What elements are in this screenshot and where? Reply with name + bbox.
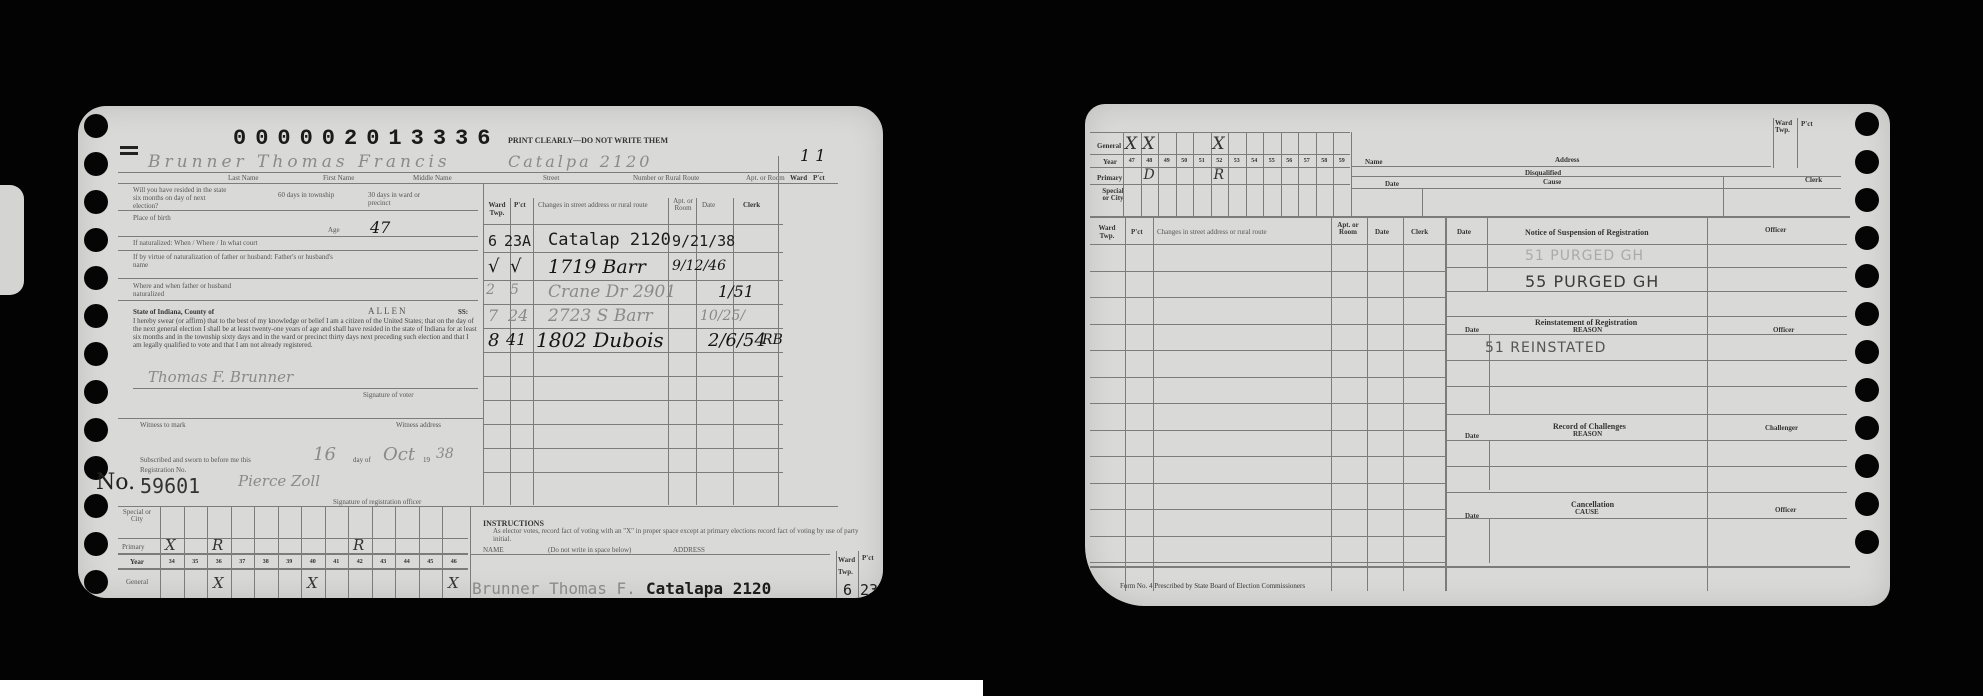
label-number: Number or Rural Route: [633, 174, 699, 182]
primary-vote-mark: X: [165, 536, 176, 554]
table-row-line: [1090, 297, 1446, 298]
col-date: Date: [702, 201, 715, 209]
back-grid-label-year: Year: [1103, 158, 1117, 166]
form-footer: Form No. 4 Prescribed by State Board of …: [1120, 582, 1305, 590]
back-ward-label: Ward Twp.: [1775, 120, 1797, 134]
reinstatement-officer-label: Officer: [1773, 326, 1794, 334]
voter-street: Catalpa 2120: [508, 152, 652, 171]
back-col-clerk: Clerk: [1411, 228, 1428, 236]
year-cell: 36: [207, 559, 231, 565]
punch-hole: [1855, 454, 1879, 478]
year-prefix: 19: [423, 456, 430, 464]
punch-hole: [84, 304, 108, 328]
year-cell: 55: [1263, 158, 1281, 164]
ward-box: 1 1: [800, 146, 825, 165]
row5-ward: 8: [488, 330, 499, 351]
grid-label-general: General: [126, 578, 148, 586]
age-value: 47: [370, 218, 390, 237]
question-naturalized: If naturalized: When / Where / In what c…: [133, 239, 258, 247]
punch-hole: [84, 190, 108, 214]
oath-text: I hereby swear (or affirm) that to the b…: [133, 317, 478, 349]
question-age: Age: [328, 226, 340, 234]
row5-pct: 41: [506, 330, 526, 349]
year-cell: 41: [325, 559, 349, 565]
challenges-challenger-label: Challenger: [1765, 424, 1798, 432]
year-cell: 56: [1281, 158, 1299, 164]
punch-hole: [84, 228, 108, 252]
punch-hole: [84, 266, 108, 290]
punch-hole: [84, 494, 108, 518]
label-middle-name: Middle Name: [413, 174, 452, 182]
punch-hole: [84, 380, 108, 404]
label-last-name: Last Name: [228, 174, 259, 182]
back-date-label: Date: [1385, 180, 1399, 188]
stub-no-write: (Do not write in space below): [548, 546, 631, 554]
col-address: Changes in street address or rural route: [538, 201, 648, 209]
oath-ss: SS:: [458, 308, 468, 316]
punch-hole: [84, 114, 108, 138]
back-col-pct: P'ct: [1131, 228, 1143, 236]
subscribed-month: Oct: [383, 444, 415, 465]
table-row-line: [1090, 483, 1446, 484]
year-cell: 46: [442, 559, 466, 565]
stub-ward: 6: [843, 581, 852, 598]
table-row-line: [1090, 350, 1446, 351]
voter-signature: Thomas F. Brunner: [148, 368, 293, 386]
general-vote-mark: X: [448, 574, 459, 592]
table-row-line: [1090, 377, 1446, 378]
row2-address: 1719 Barr: [548, 256, 646, 278]
back-address-label: Address: [1555, 156, 1579, 164]
year-cell: 34: [160, 559, 184, 565]
year-cell: 45: [419, 559, 443, 565]
punch-hole: [84, 152, 108, 176]
table-row-line: [1090, 430, 1446, 431]
punch-hole: [1855, 150, 1879, 174]
year-cell: 59: [1333, 158, 1351, 164]
year-cell: 54: [1246, 158, 1264, 164]
cancellation-officer-label: Officer: [1775, 506, 1796, 514]
punch-hole: [1855, 492, 1879, 516]
name-marker: [120, 146, 138, 149]
col-ward: Ward Twp.: [486, 201, 508, 217]
primary-vote-mark: R: [353, 536, 364, 554]
question-resided: Will you have resided in the state six m…: [133, 186, 228, 210]
subscribed-year: 38: [436, 446, 454, 462]
oath-state-line: State of Indiana, County of: [133, 308, 214, 316]
general-vote-mark: X: [307, 574, 318, 592]
row5-clerk: RB: [762, 332, 783, 348]
row3-pct: 5: [510, 282, 519, 298]
year-cell: 53: [1228, 158, 1246, 164]
back-grid-label-primary: Primary: [1097, 174, 1122, 182]
question-township: 60 days in township: [278, 191, 338, 199]
grid-label-year: Year: [130, 558, 144, 566]
question-birthplace: Place of birth: [133, 214, 171, 222]
grid-label-primary: Primary: [122, 543, 145, 551]
year-cell: 58: [1316, 158, 1334, 164]
year-cell: 43: [372, 559, 396, 565]
year-cell: 44: [395, 559, 419, 565]
table-row-line: [1090, 562, 1446, 563]
row1-ward: 6: [488, 232, 497, 250]
reinstatement-entry: 51 REINSTATED: [1485, 340, 1606, 356]
grid-label-special: Special or City: [122, 509, 152, 523]
punch-hole: [84, 342, 108, 366]
year-cell: 47: [1123, 158, 1141, 164]
primary-vote-mark: R: [1214, 167, 1225, 183]
question-marriage: If by virtue of naturalization of father…: [133, 253, 333, 269]
table-row-line: [1090, 536, 1446, 537]
year-cell: 48: [1141, 158, 1159, 164]
day-of-label: day of: [353, 456, 371, 464]
row1-pct: 23A: [504, 232, 531, 250]
label-street: Street: [543, 174, 559, 182]
year-cell: 37: [231, 559, 255, 565]
stub-name: Brunner Thomas F.: [472, 579, 636, 598]
col-clerk: Clerk: [743, 201, 760, 209]
punch-hole: [1855, 188, 1879, 212]
stub-address-label: ADDRESS: [673, 546, 705, 554]
primary-vote-mark: D: [1144, 167, 1155, 183]
year-cell: 49: [1158, 158, 1176, 164]
oath-county: ALLEN: [368, 306, 408, 316]
back-col-ward: Ward Twp.: [1093, 224, 1121, 240]
challenges-date-label: Date: [1465, 432, 1479, 440]
registration-no-label: Registration No.: [140, 466, 186, 474]
subscribed-day: 16: [313, 444, 336, 465]
suspension-officer-label: Officer: [1765, 226, 1786, 234]
subscribed-label: Subscribed and sworn to before me this: [140, 456, 251, 464]
witness-address-label: Witness address: [396, 421, 441, 429]
year-cell: 52: [1211, 158, 1229, 164]
row2-pct: √: [510, 256, 521, 277]
challenges-reason-label: REASON: [1573, 430, 1602, 438]
stub-pct: 23A: [860, 581, 883, 598]
table-row-line: [1090, 244, 1446, 245]
row3-address: Crane Dr 2901: [548, 282, 676, 302]
back-col-apt: Apt. or Room: [1333, 222, 1363, 236]
year-cell: 42: [348, 559, 372, 565]
stub-address: Catalapa 2120: [646, 579, 771, 598]
punch-hole: [1855, 378, 1879, 402]
back-col-date: Date: [1375, 228, 1389, 236]
label-pct: P'ct: [813, 174, 825, 182]
year-cell: 50: [1176, 158, 1194, 164]
instructions-text: As elector votes, record fact of voting …: [493, 527, 873, 543]
stub-ward-label: Ward Twp.: [838, 554, 858, 578]
question-where-when: Where and when father or husband natural…: [133, 282, 253, 298]
row4-date: 10/25/: [700, 308, 745, 324]
punch-hole: [1855, 302, 1879, 326]
col-pct: P'ct: [514, 201, 526, 209]
punch-hole: [1855, 416, 1879, 440]
stub-pct-label: P'ct: [862, 554, 874, 562]
row2-date: 9/12/46: [672, 258, 726, 274]
year-cell: 38: [254, 559, 278, 565]
back-cause-label: Cause: [1543, 178, 1561, 186]
primary-vote-mark: R: [212, 536, 223, 554]
officer-signature-label: Signature of registration officer: [333, 498, 421, 506]
back-grid-label-general: General: [1097, 142, 1121, 150]
punch-hole: [84, 570, 108, 594]
year-cell: 35: [184, 559, 208, 565]
reinstatement-reason-label: REASON: [1573, 326, 1602, 334]
row2-ward: √: [488, 256, 499, 277]
general-vote-mark: X: [213, 574, 224, 592]
officer-signature: Pierce Zoll: [238, 472, 320, 490]
voter-name: Brunner Thomas Francis: [148, 152, 451, 172]
stub-name-label: NAME: [483, 546, 504, 554]
general-vote-mark: X: [1213, 134, 1225, 154]
back-clerk-label: Clerk: [1805, 176, 1822, 184]
row3-ward: 2: [486, 282, 495, 298]
row5-date: 2/6/54: [708, 330, 766, 351]
punch-hole: [1855, 264, 1879, 288]
question-ward: 30 days in ward or precinct: [368, 191, 428, 207]
cancellation-cause-label: CAUSE: [1575, 508, 1599, 516]
back-name-label: Name: [1365, 158, 1383, 166]
row4-ward: 7: [488, 306, 498, 325]
punch-hole: [1855, 112, 1879, 136]
table-row-line: [1090, 271, 1446, 272]
card-edge-tab: [0, 185, 24, 295]
suspension-date-label: Date: [1457, 228, 1471, 236]
label-first-name: First Name: [323, 174, 354, 182]
row4-pct: 24: [508, 306, 528, 325]
general-vote-mark: X: [1143, 134, 1155, 154]
table-row-line: [1090, 324, 1446, 325]
suspension-entry: 51 PURGED GH: [1525, 248, 1644, 264]
col-apt: Apt. or Room: [671, 198, 695, 212]
number-symbol: No.: [96, 470, 135, 495]
label-ward: Ward: [790, 174, 807, 182]
table-row-line: [1090, 509, 1446, 510]
back-col-address: Changes in street address or rural route: [1157, 228, 1267, 236]
year-cell: 40: [301, 559, 325, 565]
suspension-title: Notice of Suspension of Registration: [1525, 228, 1649, 237]
row1-address: Catalap 2120: [548, 230, 671, 250]
name-marker: [120, 152, 138, 155]
year-cell: 39: [278, 559, 302, 565]
back-pct-label: P'ct: [1801, 120, 1813, 128]
year-cell: 57: [1298, 158, 1316, 164]
suspension-entry: 55 PURGED GH: [1525, 272, 1659, 291]
punch-hole: [84, 532, 108, 556]
voter-registration-card-front: 000002013336 PRINT CLEARLY—DO NOT WRITE …: [78, 106, 883, 598]
voter-registration-card-back: General Year Primary Special or City 47X…: [1085, 104, 1890, 606]
signature-label: Signature of voter: [363, 391, 414, 399]
registration-number: 59601: [140, 474, 200, 498]
year-cell: 51: [1193, 158, 1211, 164]
punch-hole: [1855, 530, 1879, 554]
punch-hole: [1855, 340, 1879, 364]
header-notice: PRINT CLEARLY—DO NOT WRITE THEM: [508, 136, 668, 145]
table-row-line: [1090, 456, 1446, 457]
row5-address: 1802 Dubois: [536, 328, 664, 352]
row1-date: 9/21/38: [672, 232, 735, 250]
punch-hole: [1855, 226, 1879, 250]
table-row-line: [1090, 403, 1446, 404]
row3-date: 1/51: [718, 282, 754, 301]
reinstatement-date-label: Date: [1465, 326, 1479, 334]
bottom-white-strip: [0, 680, 983, 696]
witness-mark-label: Witness to mark: [140, 421, 186, 429]
punch-hole: [84, 418, 108, 442]
serial-number: 000002013336: [233, 126, 499, 151]
general-vote-mark: X: [1125, 134, 1137, 154]
row4-address: 2723 S Barr: [548, 306, 653, 326]
